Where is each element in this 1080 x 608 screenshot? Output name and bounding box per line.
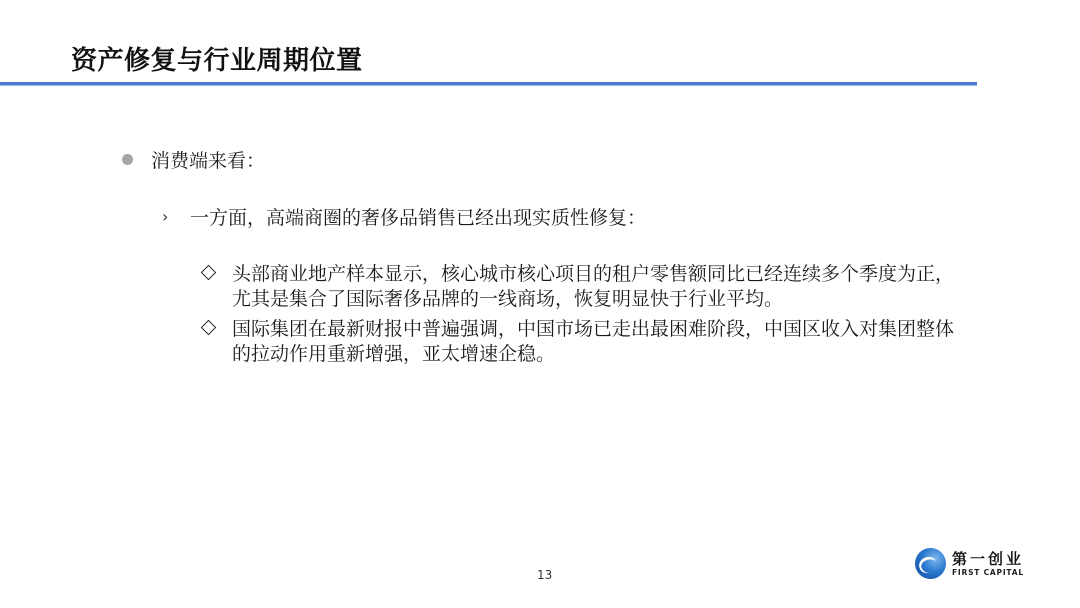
logo-text: 第一创业 FIRST CAPITAL	[952, 551, 1024, 577]
bullet-level1: 消费端来看：	[122, 146, 265, 173]
diamond-icon	[201, 320, 217, 336]
bullet-level2-text: 一方面，高端商圈的奢侈品销售已经出现实质性修复：	[190, 203, 646, 230]
chevron-right-icon: ›	[162, 207, 176, 226]
bullet-level3-text: 头部商业地产样本显示，核心城市核心项目的租户零售额同比已经连续多个季度为正，尤其…	[232, 262, 972, 312]
bullet-level3-item: 国际集团在最新财报中普遍强调，中国市场已走出最困难阶段，中国区收入对集团整体的拉…	[203, 317, 972, 367]
diamond-icon	[201, 265, 217, 281]
page-number: 13	[537, 568, 552, 582]
logo-english-name: FIRST CAPITAL	[952, 568, 1024, 577]
bullet-dot-icon	[122, 154, 133, 165]
title-divider	[0, 82, 977, 85]
bullet-level1-text: 消费端来看：	[151, 146, 265, 173]
globe-logo-icon	[915, 548, 946, 579]
slide-title: 资产修复与行业周期位置	[71, 40, 363, 77]
bullet-level2: › 一方面，高端商圈的奢侈品销售已经出现实质性修复：	[162, 203, 646, 230]
logo-chinese-name: 第一创业	[952, 551, 1024, 568]
company-logo: 第一创业 FIRST CAPITAL	[915, 548, 1024, 579]
bullet-level3-item: 头部商业地产样本显示，核心城市核心项目的租户零售额同比已经连续多个季度为正，尤其…	[203, 262, 972, 312]
bullet-level3-text: 国际集团在最新财报中普遍强调，中国市场已走出最困难阶段，中国区收入对集团整体的拉…	[232, 317, 972, 367]
